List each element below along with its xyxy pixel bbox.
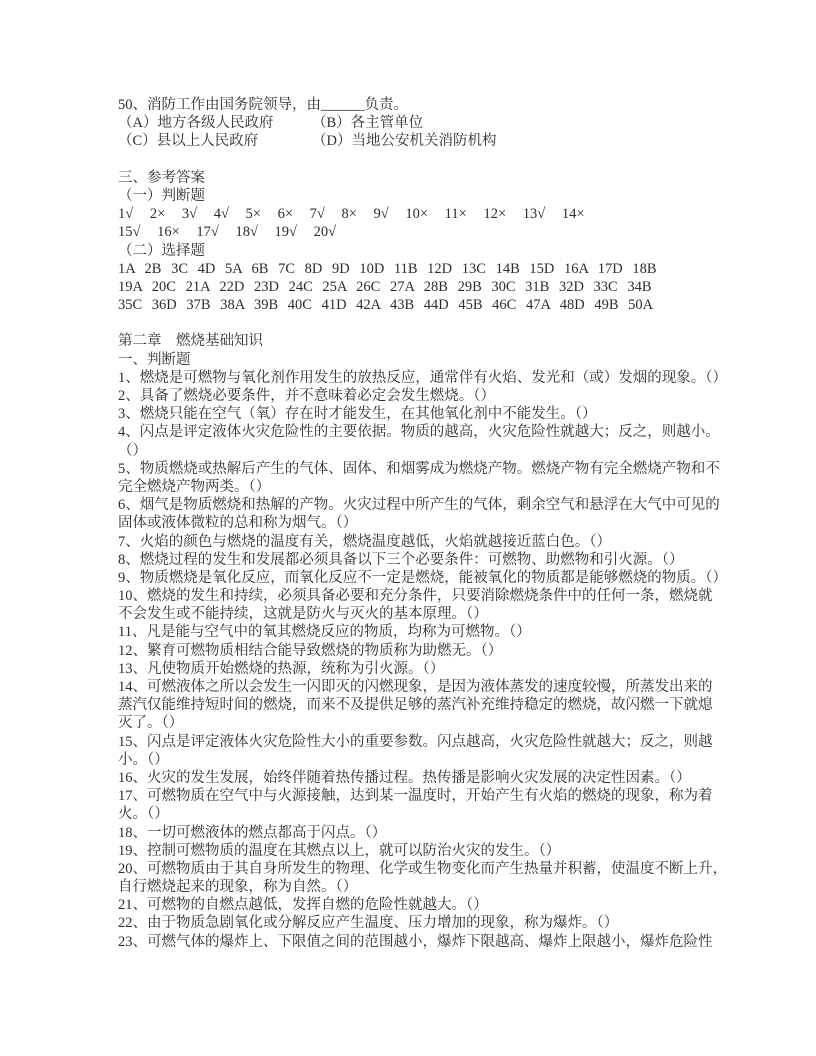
question-line: 5、物质燃烧或热解后产生的气体、固体、和烟雾成为燃烧产物。燃烧产物有完全燃烧产物… (118, 460, 704, 478)
question-line: 8、燃烧过程的发生和发展都必须具备以下三个必要条件：可燃物、助燃物和引火源。（） (118, 551, 704, 569)
reference-answers-title: 三、参考答案 (118, 169, 704, 187)
question-50-text: 50、消防工作由国务院领导，由______负责。 (118, 96, 704, 114)
question-line: （） (118, 442, 704, 460)
question-line: 蒸汽仅能维持短时间的燃烧，而来不及提供足够的蒸汽补充维持稳定的燃烧，故闪燃一下就… (118, 696, 704, 714)
choice-answer-rows: 1A 2B 3C 4D 5A 6B 7C 8D 9D 10D 11B 12D 1… (118, 260, 704, 315)
question-line: 20、可燃物质由于其自身所发生的物理、化学或生物变化而产生热量并积蓄，使温度不断… (118, 860, 704, 878)
question-line: 21、可燃物的自燃点越低，发挥自燃的危险性就越大。（） (118, 896, 704, 914)
blank-line (118, 151, 704, 169)
question-line: 2、具备了燃烧必要条件，并不意味着必定会发生燃烧。（） (118, 387, 704, 405)
question-line: 15、闪点是评定液体火灾危险性大小的重要参数。闪点越高，火灾危险性就越大；反之，… (118, 733, 704, 751)
blank-line (118, 314, 704, 332)
question-50-options: （A）地方各级人民政府（B）各主管单位 （C）县以上人民政府（D）当地公安机关消… (118, 114, 704, 150)
question-line: 灭了。（） (118, 714, 704, 732)
option-left: （A）地方各级人民政府 (118, 114, 312, 132)
question-line: 9、物质燃烧是氧化反应，而氧化反应不一定是燃烧，能被氧化的物质都是能够燃烧的物质… (118, 569, 704, 587)
choice-answers-heading: （二）选择题 (118, 242, 704, 260)
choice-answer-row: 1A 2B 3C 4D 5A 6B 7C 8D 9D 10D 11B 12D 1… (118, 260, 704, 278)
document-page: 50、消防工作由国务院领导，由______负责。 （A）地方各级人民政府（B）各… (118, 96, 704, 951)
option-row: （A）地方各级人民政府（B）各主管单位 (118, 114, 704, 132)
judgment-answer-row: 1√ 2× 3√ 4√ 5× 6× 7√ 8× 9√ 10× 11× 12× 1… (118, 205, 704, 223)
judgment-answers-heading: （一）判断题 (118, 187, 704, 205)
question-line: 23、可燃气体的爆炸上、下限值之间的范围越小，爆炸下限越高、爆炸上限越小，爆炸危… (118, 933, 704, 951)
question-line: 19、控制可燃物质的温度在其燃点以上，就可以防治火灾的发生。（） (118, 842, 704, 860)
question-line: 10、燃烧的发生和持续，必须具备必要和充分条件，只要消除燃烧条件中的任何一条，燃… (118, 587, 704, 605)
question-line: 4、闪点是评定液体火灾危险性的主要依据。物质的越高，火灾危险性就越大；反之，则越… (118, 423, 704, 441)
question-line: 3、燃烧只能在空气（氧）存在时才能发生，在其他氧化剂中不能发生。（） (118, 405, 704, 423)
judgment-answer-rows: 1√ 2× 3√ 4√ 5× 6× 7√ 8× 9√ 10× 11× 12× 1… (118, 205, 704, 241)
question-line: 不会发生或不能持续，这就是防火与灭火的基本原理。（） (118, 605, 704, 623)
option-right: （D）当地公安机关消防机构 (312, 133, 496, 149)
question-line: 17、可燃物质在空气中与火源接触，达到某一温度时，开始产生有火焰的燃烧的现象，称… (118, 787, 704, 805)
chapter2-section-heading: 一、判断题 (118, 351, 704, 369)
question-line: 12、繁育可燃物质相结合能导致燃烧的物质称为助燃无。（） (118, 642, 704, 660)
question-line: 固体或液体微粒的总和称为烟气。（） (118, 514, 704, 532)
question-line: 自行燃烧起来的现象，称为自然。（） (118, 878, 704, 896)
question-line: 小。（） (118, 751, 704, 769)
question-line: 完全燃烧产物两类。（） (118, 478, 704, 496)
option-left: （C）县以上人民政府 (118, 132, 312, 150)
choice-answer-row: 35C 36D 37B 38A 39B 40C 41D 42A 43B 44D … (118, 296, 704, 314)
question-line: 13、凡使物质开始燃烧的热源，统称为引火源。（） (118, 660, 704, 678)
option-right: （B）各主管单位 (312, 115, 423, 131)
judgment-answer-row: 15√ 16× 17√ 18√ 19√ 20√ (118, 223, 704, 241)
choice-answer-row: 19A 20C 21A 22D 23D 24C 25A 26C 27A 28B … (118, 278, 704, 296)
question-line: 22、由于物质急剧氧化或分解反应产生温度、压力增加的现象，称为爆炸。（） (118, 914, 704, 932)
question-line: 18、一切可燃液体的燃点都高于闪点。（） (118, 824, 704, 842)
question-line: 6、烟气是物质燃烧和热解的产物。火灾过程中所产生的气体，剩余空气和悬浮在大气中可… (118, 496, 704, 514)
chapter2-title: 第二章 燃烧基础知识 (118, 332, 704, 350)
question-line: 1、燃烧是可燃物与氧化剂作用发生的放热反应，通常伴有火焰、发光和（或）发烟的现象… (118, 369, 704, 387)
chapter2-question-lines: 1、燃烧是可燃物与氧化剂作用发生的放热反应，通常伴有火焰、发光和（或）发烟的现象… (118, 369, 704, 951)
question-line: 火。（） (118, 805, 704, 823)
question-line: 16、火灾的发生发展，始终伴随着热传播过程。热传播是影响火灾发展的决定性因素。（… (118, 769, 704, 787)
question-line: 11、凡是能与空气中的氧其燃烧反应的物质，均称为可燃物。（） (118, 623, 704, 641)
option-row: （C）县以上人民政府（D）当地公安机关消防机构 (118, 132, 704, 150)
question-line: 14、可燃液体之所以会发生一闪即灭的闪燃现象，是因为液体蒸发的速度较慢，所蒸发出… (118, 678, 704, 696)
question-line: 7、火焰的颜色与燃烧的温度有关，燃烧温度越低，火焰就越接近蓝白色。（） (118, 533, 704, 551)
